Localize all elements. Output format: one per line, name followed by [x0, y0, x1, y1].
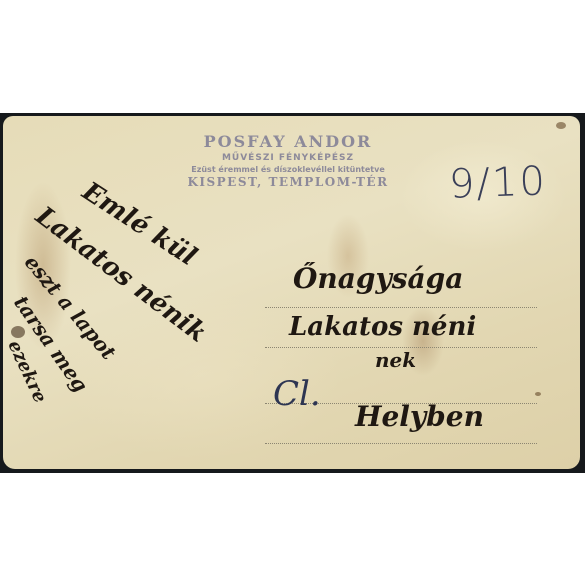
stamp-name: POSFAY ANDOR — [163, 132, 413, 151]
address-line: Helyben — [355, 400, 484, 433]
address-line: Lakatos néni — [289, 312, 476, 342]
ink-spot — [535, 392, 541, 396]
address-initial: Cl. — [273, 374, 321, 414]
pencil-note: 9/10 — [448, 158, 547, 207]
address-line: Őnagysága — [293, 262, 463, 295]
stamp-title: MŰVÉSZI FÉNYKÉPÉSZ — [163, 153, 413, 163]
address-line: nek — [375, 348, 416, 372]
stamp-address: KISPEST, TEMPLOM-TÉR — [163, 175, 413, 189]
ink-blot — [11, 326, 25, 338]
ink-spot — [556, 122, 566, 129]
photographer-stamp: POSFAY ANDOR MŰVÉSZI FÉNYKÉPÉSZ Ezüst ér… — [163, 132, 413, 189]
address-dotted-line — [265, 307, 537, 308]
address-dotted-line — [265, 443, 537, 444]
stamp-tagline: Ezüst éremmel és díszoklevéllel kitüntet… — [163, 165, 413, 174]
postcard-back: POSFAY ANDOR MŰVÉSZI FÉNYKÉPÉSZ Ezüst ér… — [3, 116, 580, 469]
